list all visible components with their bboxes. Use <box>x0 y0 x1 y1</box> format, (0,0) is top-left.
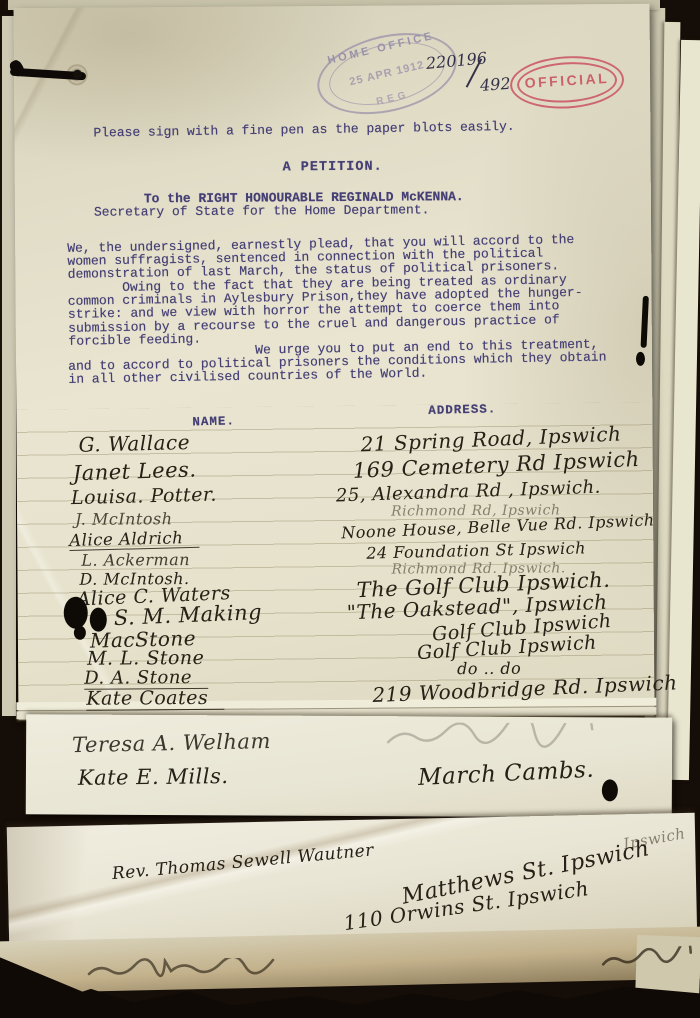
ink-blot <box>602 779 618 801</box>
signature-name: Rev. Thomas Sewell Wautner <box>111 840 375 884</box>
home-office-stamp: HOME OFFICE 25 APR 1912 REG <box>309 20 465 127</box>
faded-handwriting-scribble <box>85 958 285 984</box>
ink-smudge <box>636 352 645 366</box>
signature-name: J. McIntosh <box>75 509 173 529</box>
name-column-header: NAME. <box>192 414 235 429</box>
ink-blot <box>74 626 86 640</box>
signature-name: Alice Aldrich <box>69 528 199 551</box>
signature-name: G. Wallace <box>78 430 190 457</box>
signature-name: Kate E. Mills. <box>78 764 229 790</box>
registry-number-denominator: 492 <box>479 74 511 95</box>
signature-name: Louisa. Potter. <box>71 484 218 510</box>
petition-page: HOME OFFICE 25 APR 1912 REG 220196 492 O… <box>14 4 655 720</box>
signature-address: do .. do <box>457 659 521 678</box>
signature-address: March Cambs. <box>417 757 594 791</box>
petition-paragraph: We urge you to put an end to this treatm… <box>68 337 607 386</box>
signature-name: Teresa A. Welham <box>72 729 271 757</box>
signature-name: L. Ackerman <box>81 550 190 570</box>
signing-notice: Please sign with a fine pen as the paper… <box>93 119 514 141</box>
official-stamp: OFFICIAL <box>509 53 626 112</box>
address-column-header: ADDRESS. <box>428 402 496 418</box>
ink-smudge <box>641 296 649 348</box>
faded-handwriting-scribble <box>384 722 634 753</box>
ink-blot <box>64 597 88 629</box>
underlying-signature-page: Teresa A. Welham Kate E. Mills. March Ca… <box>26 714 673 817</box>
binding-cord-end <box>73 70 82 79</box>
petition-paragraph: Owing to the fact that they are being tr… <box>67 273 583 348</box>
petition-title: A PETITION. <box>15 158 651 177</box>
signature-name: Kate Coates <box>86 687 224 711</box>
addressee-line: Secretary of State for the Home Departme… <box>94 202 430 219</box>
signature-name: Janet Lees. <box>72 457 196 485</box>
photographed-document: HOME OFFICE 25 APR 1912 REG 220196 492 O… <box>0 0 700 1018</box>
ink-blot <box>90 608 107 632</box>
